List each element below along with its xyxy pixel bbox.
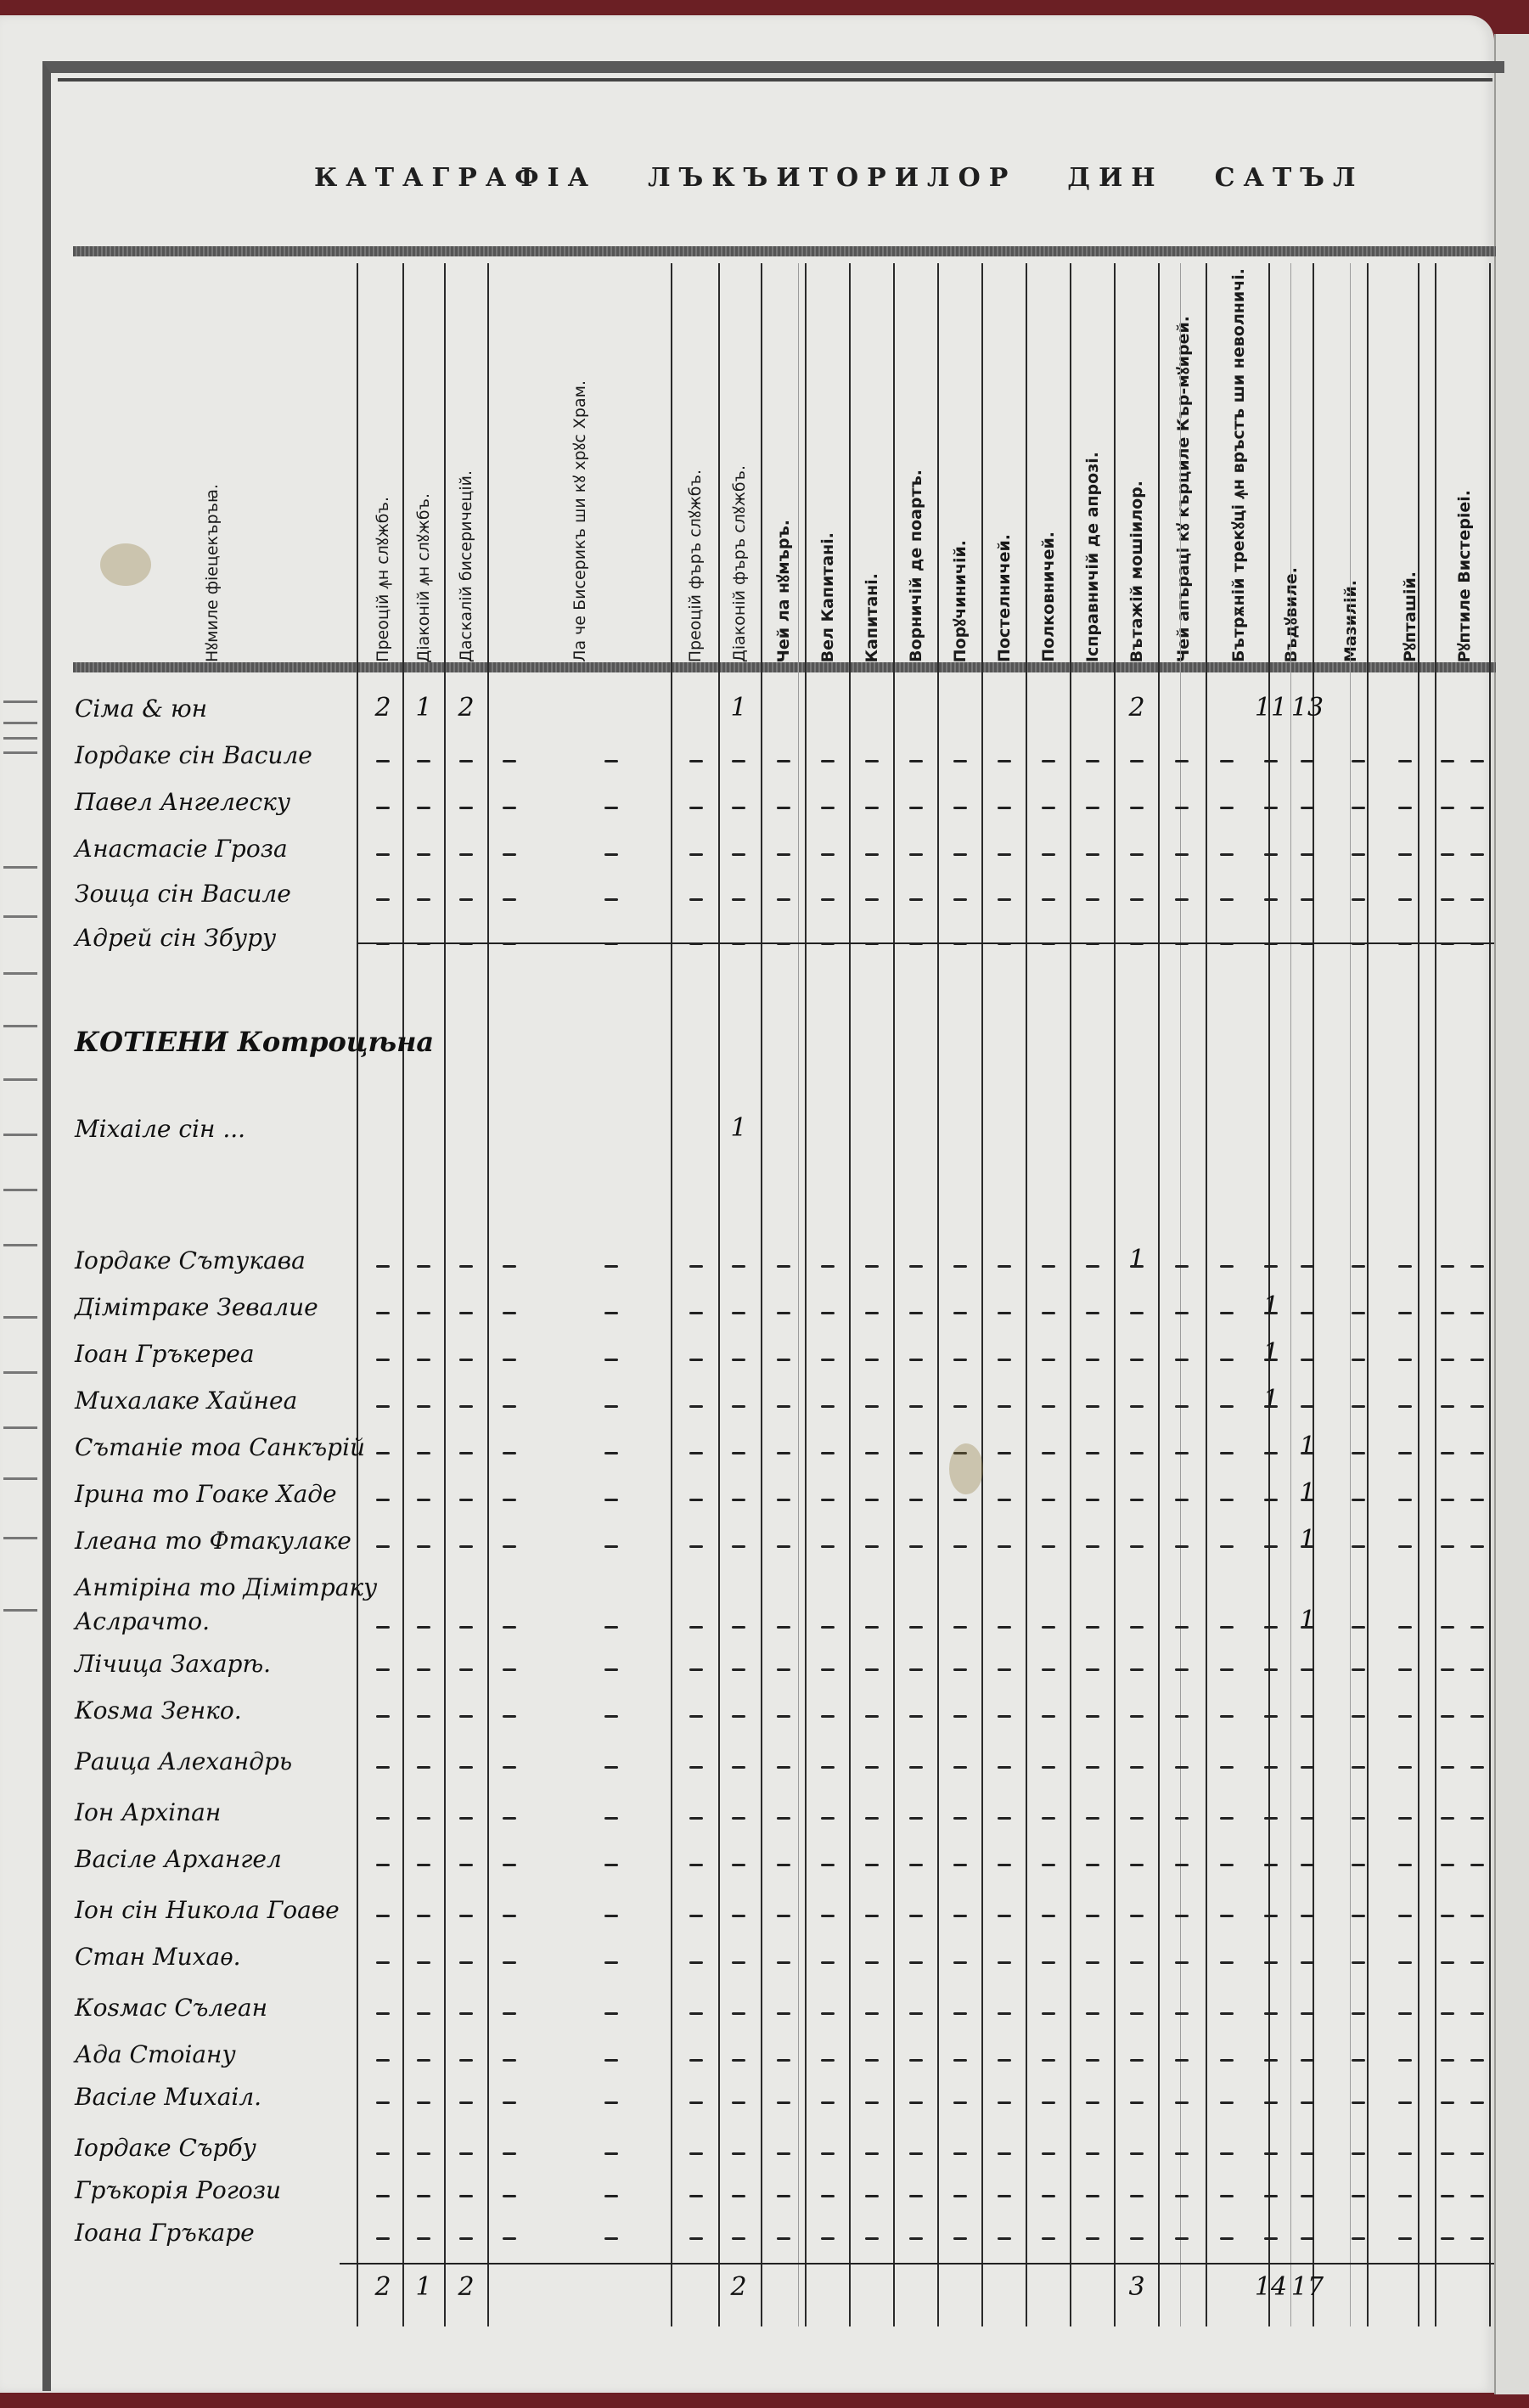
empty-cell-dash — [1441, 760, 1454, 762]
empty-cell-dash — [1441, 2237, 1454, 2240]
empty-cell-dash — [1470, 853, 1484, 856]
empty-cell-dash — [1130, 1668, 1144, 1671]
empty-cell-dash — [503, 1405, 516, 1408]
empty-cell-dash — [417, 1668, 430, 1671]
empty-cell-dash — [998, 853, 1011, 856]
empty-cell-dash — [1398, 760, 1412, 762]
empty-cell-dash — [1470, 760, 1484, 762]
empty-cell-dash — [732, 1405, 745, 1408]
empty-cell-dash — [459, 1915, 473, 1917]
empty-cell-dash — [1470, 1961, 1484, 1964]
empty-cell-dash — [689, 898, 703, 901]
empty-cell-dash — [1264, 1668, 1278, 1671]
empty-cell-dash — [1175, 898, 1189, 901]
empty-cell-dash — [1441, 1668, 1454, 1671]
empty-cell-dash — [417, 2237, 430, 2240]
empty-cell-dash — [689, 1668, 703, 1671]
empty-cell-dash — [689, 1766, 703, 1769]
empty-cell-dash — [865, 1915, 879, 1917]
empty-cell-dash — [1398, 807, 1412, 809]
empty-cell-dash — [909, 2059, 923, 2062]
empty-cell-dash — [1352, 1545, 1365, 1548]
empty-cell-dash — [1130, 1312, 1144, 1314]
empty-cell-dash — [1301, 760, 1314, 762]
empty-cell-dash — [1398, 2152, 1412, 2155]
empty-cell-dash — [953, 2152, 967, 2155]
column-header-porucinici: Порꙋчиничій. — [939, 255, 981, 662]
person-name: Зоица сін Василе — [75, 880, 291, 908]
column-header-names: Нꙋмиле фіецекъръꙗ. — [85, 255, 340, 662]
empty-cell-dash — [998, 1312, 1011, 1314]
empty-cell-dash — [689, 2012, 703, 2015]
empty-cell-dash — [1086, 2012, 1099, 2015]
empty-cell-dash — [1470, 807, 1484, 809]
empty-cell-dash — [376, 1961, 390, 1964]
column-header-label: Бътрѫній трекꙋці ꙟн връстъ ши неволничі. — [1230, 268, 1248, 662]
empty-cell-dash — [909, 1265, 923, 1268]
empty-cell-dash — [1042, 807, 1055, 809]
empty-cell-dash — [503, 1961, 516, 1964]
column-rule — [1070, 263, 1071, 2326]
empty-cell-dash — [1042, 1961, 1055, 1964]
empty-cell-dash — [1220, 2237, 1234, 2240]
empty-cell-dash — [1264, 1545, 1278, 1548]
empty-cell-dash — [953, 807, 967, 809]
empty-cell-dash — [689, 853, 703, 856]
empty-cell-dash — [376, 760, 390, 762]
empty-cell-dash — [1301, 1864, 1314, 1866]
empty-cell-dash — [689, 1452, 703, 1454]
margin-tab-mark — [3, 915, 37, 918]
empty-cell-dash — [1086, 1715, 1099, 1718]
empty-cell-dash — [1301, 1452, 1314, 1454]
empty-cell-dash — [909, 1715, 923, 1718]
column-rule — [761, 263, 762, 2326]
empty-cell-dash — [909, 2237, 923, 2240]
column-rule — [1114, 263, 1116, 2326]
empty-cell-dash — [1352, 1265, 1365, 1268]
empty-cell-dash — [777, 898, 790, 901]
empty-cell-dash — [1130, 1961, 1144, 1964]
empty-cell-dash — [777, 2237, 790, 2240]
empty-cell-dash — [777, 1626, 790, 1629]
empty-cell-dash — [998, 1405, 1011, 1408]
empty-cell-dash — [998, 1499, 1011, 1501]
empty-cell-dash — [1470, 2101, 1484, 2104]
empty-cell-dash — [1086, 2152, 1099, 2155]
empty-cell-dash — [1264, 1312, 1278, 1314]
empty-cell-dash — [1470, 2195, 1484, 2197]
page-title: КАТАГРАФІА ЛЪКЪИТОРИЛОР ДИН САТЪЛ — [314, 163, 1469, 193]
empty-cell-dash — [777, 2101, 790, 2104]
empty-cell-dash — [1441, 1915, 1454, 1917]
empty-cell-dash — [998, 1668, 1011, 1671]
empty-cell-dash — [689, 1545, 703, 1548]
empty-cell-dash — [953, 1626, 967, 1629]
column-rule — [402, 263, 404, 2326]
page-border-inner — [58, 78, 1492, 82]
person-name: Раица Алехандрь — [75, 1747, 292, 1775]
empty-cell-dash — [865, 2101, 879, 2104]
cell-count: 1 — [1299, 1478, 1315, 1508]
empty-cell-dash — [376, 1452, 390, 1454]
empty-cell-dash — [1130, 1817, 1144, 1820]
empty-cell-dash — [953, 853, 967, 856]
empty-cell-dash — [998, 760, 1011, 762]
empty-cell-dash — [1352, 1817, 1365, 1820]
empty-cell-dash — [1264, 1961, 1278, 1964]
empty-cell-dash — [1470, 1626, 1484, 1629]
empty-cell-dash — [998, 1915, 1011, 1917]
empty-cell-dash — [503, 2152, 516, 2155]
empty-cell-dash — [417, 1864, 430, 1866]
empty-cell-dash — [953, 1545, 967, 1548]
empty-cell-dash — [417, 1715, 430, 1718]
empty-cell-dash — [1398, 2101, 1412, 2104]
empty-cell-dash — [1130, 1452, 1144, 1454]
cell-count: 17 — [1291, 2272, 1324, 2302]
empty-cell-dash — [1301, 898, 1314, 901]
person-name: Іоана Гръкаре — [75, 2219, 255, 2247]
empty-cell-dash — [732, 1626, 745, 1629]
empty-cell-dash — [1042, 1626, 1055, 1629]
empty-cell-dash — [459, 1312, 473, 1314]
empty-cell-dash — [732, 760, 745, 762]
empty-cell-dash — [1220, 1766, 1234, 1769]
empty-cell-dash — [821, 853, 835, 856]
column-rule — [849, 263, 851, 2326]
empty-cell-dash — [1441, 1265, 1454, 1268]
empty-cell-dash — [1220, 1499, 1234, 1501]
empty-cell-dash — [732, 1864, 745, 1866]
empty-cell-dash — [1441, 1545, 1454, 1548]
empty-cell-dash — [1042, 1668, 1055, 1671]
empty-cell-dash — [777, 1915, 790, 1917]
person-name: Сътаніе тоа Санкърій — [75, 1433, 365, 1461]
column-header-label: Чей ла нꙋмъръ. — [775, 520, 793, 662]
empty-cell-dash — [865, 2012, 879, 2015]
empty-cell-dash — [1264, 807, 1278, 809]
empty-cell-dash — [865, 1817, 879, 1820]
empty-cell-dash — [1301, 1499, 1314, 1501]
empty-cell-dash — [1086, 1766, 1099, 1769]
empty-cell-dash — [732, 2012, 745, 2015]
empty-cell-dash — [1220, 2195, 1234, 2197]
section-heading: КОТІЕНИ Котроцѣна — [75, 1026, 434, 1058]
empty-cell-dash — [417, 898, 430, 901]
column-header-label: Преоцій фъръ слꙋжбъ. — [687, 470, 705, 662]
empty-cell-dash — [821, 1312, 835, 1314]
empty-cell-dash — [604, 853, 618, 856]
empty-cell-dash — [865, 1312, 879, 1314]
empty-cell-dash — [1042, 1715, 1055, 1718]
empty-cell-dash — [503, 1545, 516, 1548]
empty-cell-dash — [777, 1545, 790, 1548]
empty-cell-dash — [459, 1715, 473, 1718]
empty-cell-dash — [1175, 1499, 1189, 1501]
empty-cell-dash — [1470, 1864, 1484, 1866]
empty-cell-dash — [732, 1668, 745, 1671]
empty-cell-dash — [417, 1817, 430, 1820]
paper-stain — [100, 543, 151, 586]
empty-cell-dash — [1042, 2152, 1055, 2155]
column-header-label: Ісправничій де апрозі. — [1084, 452, 1102, 662]
empty-cell-dash — [1086, 1499, 1099, 1501]
empty-cell-dash — [1398, 898, 1412, 901]
empty-cell-dash — [953, 898, 967, 901]
empty-cell-dash — [953, 2012, 967, 2015]
column-header-la_ce_biserica: Ла че Бисерикъ ши кꙋ хрꙋс Храм. — [491, 255, 669, 662]
empty-cell-dash — [417, 2059, 430, 2062]
empty-cell-dash — [1301, 1405, 1314, 1408]
margin-tab-mark — [3, 1426, 37, 1429]
empty-cell-dash — [1352, 1405, 1365, 1408]
empty-cell-dash — [732, 807, 745, 809]
empty-cell-dash — [1175, 2152, 1189, 2155]
empty-cell-dash — [417, 1626, 430, 1629]
person-name: Іон Архіпан — [75, 1798, 221, 1826]
empty-cell-dash — [689, 1961, 703, 1964]
cell-count: 1 — [1262, 1385, 1279, 1415]
column-header-diaconi_cu_slujba: Діаконій ꙟн слꙋжбъ. — [404, 255, 443, 662]
person-name: Васіле Михаіл. — [75, 2083, 261, 2111]
empty-cell-dash — [459, 898, 473, 901]
empty-cell-dash — [953, 1359, 967, 1361]
margin-tab-mark — [3, 722, 37, 724]
empty-cell-dash — [1042, 898, 1055, 901]
empty-cell-dash — [1086, 1312, 1099, 1314]
empty-cell-dash — [1441, 1312, 1454, 1314]
column-header-label: Вътажій мошіилор. — [1128, 481, 1146, 662]
empty-cell-dash — [909, 2195, 923, 2197]
column-rule — [1489, 263, 1491, 2326]
empty-cell-dash — [503, 1359, 516, 1361]
title-word: КАТАГРАФІА — [314, 163, 597, 193]
empty-cell-dash — [1264, 1359, 1278, 1361]
empty-cell-dash — [417, 1545, 430, 1548]
empty-cell-dash — [1264, 2237, 1278, 2240]
margin-tab-mark — [3, 1134, 37, 1136]
empty-cell-dash — [1042, 1359, 1055, 1361]
empty-cell-dash — [1352, 1715, 1365, 1718]
empty-cell-dash — [1352, 2012, 1365, 2015]
empty-cell-dash — [1220, 1312, 1234, 1314]
empty-cell-dash — [1398, 2059, 1412, 2062]
empty-cell-dash — [998, 1359, 1011, 1361]
margin-tab-mark — [3, 866, 37, 869]
column-rule — [1435, 263, 1436, 2326]
column-header-vaduvile: Въдꙋвиле. — [1270, 255, 1313, 662]
empty-cell-dash — [1470, 898, 1484, 901]
cell-count: 2 — [458, 693, 474, 723]
empty-cell-dash — [376, 1817, 390, 1820]
empty-cell-dash — [821, 1405, 835, 1408]
cell-count: 2 — [730, 2272, 746, 2302]
column-header-ruptile_visteriei: Рꙋптиле Вистеріеі. — [1443, 255, 1486, 662]
empty-cell-dash — [1441, 1864, 1454, 1866]
empty-cell-dash — [909, 1817, 923, 1820]
empty-cell-dash — [1398, 2012, 1412, 2015]
empty-cell-dash — [1175, 1668, 1189, 1671]
empty-cell-dash — [865, 2152, 879, 2155]
empty-cell-dash — [1264, 2101, 1278, 2104]
empty-cell-dash — [1441, 1405, 1454, 1408]
empty-cell-dash — [1441, 1715, 1454, 1718]
empty-cell-dash — [732, 1915, 745, 1917]
cell-count: 2 — [374, 693, 391, 723]
empty-cell-dash — [459, 1626, 473, 1629]
empty-cell-dash — [953, 760, 967, 762]
empty-cell-dash — [689, 1715, 703, 1718]
empty-cell-dash — [604, 1265, 618, 1268]
empty-cell-dash — [953, 2059, 967, 2062]
empty-cell-dash — [1175, 2012, 1189, 2015]
margin-tab-mark — [3, 1189, 37, 1191]
empty-cell-dash — [604, 898, 618, 901]
empty-cell-dash — [1175, 1864, 1189, 1866]
empty-cell-dash — [1441, 2195, 1454, 2197]
empty-cell-dash — [865, 2195, 879, 2197]
empty-cell-dash — [777, 853, 790, 856]
empty-cell-dash — [1086, 2237, 1099, 2240]
empty-cell-dash — [909, 1405, 923, 1408]
empty-cell-dash — [777, 2012, 790, 2015]
empty-cell-dash — [1220, 2152, 1234, 2155]
column-rule — [1367, 263, 1369, 2326]
column-rule — [1158, 263, 1160, 2326]
cell-count: 11 — [1255, 693, 1287, 723]
empty-cell-dash — [953, 2195, 967, 2197]
empty-cell-dash — [909, 1312, 923, 1314]
empty-cell-dash — [689, 1864, 703, 1866]
empty-cell-dash — [1175, 1452, 1189, 1454]
column-header-ruptasii: Рꙋпташій. — [1389, 255, 1431, 662]
empty-cell-dash — [459, 1668, 473, 1671]
empty-cell-dash — [865, 1265, 879, 1268]
cell-count: 1 — [730, 693, 746, 723]
empty-cell-dash — [821, 2195, 835, 2197]
margin-tab-mark — [3, 1609, 37, 1612]
empty-cell-dash — [1301, 1359, 1314, 1361]
empty-cell-dash — [1264, 1715, 1278, 1718]
empty-cell-dash — [1175, 807, 1189, 809]
empty-cell-dash — [1264, 1499, 1278, 1501]
empty-cell-dash — [865, 1359, 879, 1361]
empty-cell-dash — [1352, 2237, 1365, 2240]
empty-cell-dash — [777, 1265, 790, 1268]
empty-cell-dash — [417, 1766, 430, 1769]
empty-cell-dash — [998, 2101, 1011, 2104]
empty-cell-dash — [1175, 1915, 1189, 1917]
empty-cell-dash — [417, 1961, 430, 1964]
empty-cell-dash — [417, 1265, 430, 1268]
empty-cell-dash — [953, 1715, 967, 1718]
empty-cell-dash — [1086, 2195, 1099, 2197]
empty-cell-dash — [417, 807, 430, 809]
empty-cell-dash — [998, 1817, 1011, 1820]
empty-cell-dash — [1398, 1312, 1412, 1314]
column-rule — [357, 263, 358, 2326]
empty-cell-dash — [909, 1766, 923, 1769]
cell-count: 1 — [1299, 1432, 1315, 1461]
empty-cell-dash — [1470, 1915, 1484, 1917]
empty-cell-dash — [689, 2237, 703, 2240]
empty-cell-dash — [459, 1961, 473, 1964]
empty-cell-dash — [998, 1961, 1011, 1964]
empty-cell-dash — [1352, 2101, 1365, 2104]
empty-cell-dash — [1130, 1766, 1144, 1769]
empty-cell-dash — [503, 898, 516, 901]
empty-cell-dash — [821, 2059, 835, 2062]
empty-cell-dash — [1130, 1915, 1144, 1917]
empty-cell-dash — [1470, 2012, 1484, 2015]
empty-cell-dash — [1175, 2237, 1189, 2240]
empty-cell-dash — [1130, 2059, 1144, 2062]
empty-cell-dash — [1470, 1668, 1484, 1671]
person-name: Антіріна то Дімітраку — [75, 1573, 377, 1601]
empty-cell-dash — [1301, 1312, 1314, 1314]
empty-cell-dash — [1398, 1766, 1412, 1769]
empty-cell-dash — [689, 807, 703, 809]
empty-cell-dash — [503, 2059, 516, 2062]
empty-cell-dash — [1264, 1265, 1278, 1268]
empty-cell-dash — [1301, 2101, 1314, 2104]
empty-cell-dash — [953, 2237, 967, 2240]
empty-cell-dash — [821, 2237, 835, 2240]
column-rule — [1206, 263, 1207, 2326]
empty-cell-dash — [459, 1545, 473, 1548]
empty-cell-dash — [503, 1312, 516, 1314]
empty-cell-dash — [1086, 807, 1099, 809]
empty-cell-dash — [1470, 1766, 1484, 1769]
empty-cell-dash — [821, 1668, 835, 1671]
empty-cell-dash — [909, 1961, 923, 1964]
column-header-vatajii_mosiilor: Вътажій мошіилор. — [1116, 255, 1158, 662]
empty-cell-dash — [1441, 898, 1454, 901]
empty-cell-dash — [1470, 2237, 1484, 2240]
empty-cell-dash — [909, 1452, 923, 1454]
empty-cell-dash — [503, 1626, 516, 1629]
empty-cell-dash — [1398, 1499, 1412, 1501]
empty-cell-dash — [1441, 1452, 1454, 1454]
empty-cell-dash — [503, 2237, 516, 2240]
empty-cell-dash — [1352, 2152, 1365, 2155]
empty-cell-dash — [417, 1452, 430, 1454]
empty-cell-dash — [821, 2012, 835, 2015]
empty-cell-dash — [1220, 1961, 1234, 1964]
empty-cell-dash — [777, 1766, 790, 1769]
empty-cell-dash — [1220, 760, 1234, 762]
empty-cell-dash — [732, 1715, 745, 1718]
empty-cell-dash — [953, 1817, 967, 1820]
person-name: Ілеана то Фтакулаке — [75, 1527, 351, 1555]
empty-cell-dash — [732, 1499, 745, 1501]
empty-cell-dash — [1470, 1452, 1484, 1454]
empty-cell-dash — [1220, 2012, 1234, 2015]
empty-cell-dash — [1220, 2101, 1234, 2104]
empty-cell-dash — [732, 2195, 745, 2197]
column-header-label: Порꙋчиничій. — [952, 540, 970, 662]
empty-cell-dash — [1130, 2101, 1144, 2104]
empty-cell-dash — [459, 1817, 473, 1820]
empty-cell-dash — [1130, 2237, 1144, 2240]
empty-cell-dash — [1398, 1715, 1412, 1718]
margin-tab-mark — [3, 1371, 37, 1374]
empty-cell-dash — [953, 2101, 967, 2104]
empty-cell-dash — [1470, 1312, 1484, 1314]
empty-cell-dash — [821, 1265, 835, 1268]
empty-cell-dash — [998, 1265, 1011, 1268]
